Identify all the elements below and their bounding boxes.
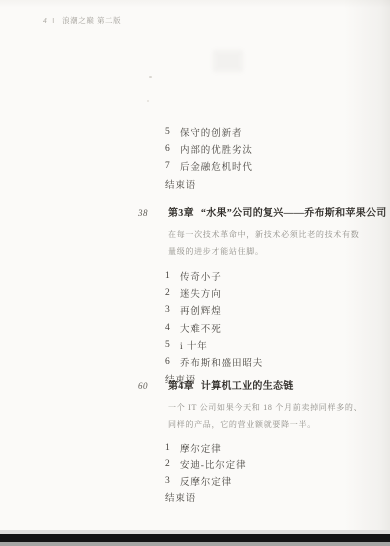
- toc-item-label: 反摩尔定律: [180, 474, 232, 488]
- chapter-heading: 第3章“水果”公司的复兴——乔布斯和苹果公司: [168, 207, 387, 221]
- scan-top-shading: [0, 0, 390, 8]
- toc-item: 3 再创辉煌: [165, 302, 366, 319]
- toc-item-label: 大难不死: [180, 321, 222, 335]
- header-book-title: 浪潮之巅 第二版: [62, 16, 121, 25]
- chapter-title: “水果”公司的复兴——乔布斯和苹果公司: [201, 208, 387, 219]
- toc-section-chapter-3: 38 第3章“水果”公司的复兴——乔布斯和苹果公司 在每一次技术革命中，新技术必…: [138, 207, 366, 388]
- chapter-heading-row: 60 第4章计算机工业的生态链: [138, 380, 366, 394]
- scan-bottom-gray-strip: [0, 542, 390, 546]
- toc-item-number: 3: [165, 305, 180, 315]
- toc-item: 2 迷失方向: [165, 284, 366, 301]
- toc-closing-label: 结束语: [165, 175, 253, 192]
- toc-item: 5 保守的创新者: [165, 123, 253, 140]
- toc-section-chapter-4: 60 第4章计算机工业的生态链 一个 IT 公司如果今天和 18 个月前卖掉同样…: [138, 380, 366, 505]
- toc-item-label: 乔布斯和盛田昭夫: [180, 355, 263, 369]
- toc-item-number: 6: [165, 144, 180, 154]
- toc-item-label: 安迪-比尔定律: [180, 457, 246, 471]
- toc-closing-label: 结束语: [165, 489, 366, 505]
- toc-item-label: 内部的优胜劣汰: [180, 142, 253, 156]
- chapter-heading-row: 38 第3章“水果”公司的复兴——乔布斯和苹果公司: [138, 207, 366, 221]
- toc-item: 6 乔布斯和盛田昭夫: [165, 353, 366, 370]
- toc-item-label: 再创辉煌: [180, 303, 222, 317]
- toc-item-number: 3: [165, 476, 180, 486]
- chapter-start-page: 38: [138, 207, 168, 218]
- toc-item: 4 大难不死: [165, 319, 366, 336]
- toc-item: 2 安迪-比尔定律: [165, 456, 366, 472]
- toc-item: 1 传奇小子: [165, 267, 366, 284]
- chapter-number-label: 第3章: [168, 208, 194, 219]
- chapter-item-list: 1 传奇小子 2 迷失方向 3 再创辉煌 4 大难不死 5 i 十年 6 乔布斯…: [165, 267, 366, 388]
- toc-item: 7 后金融危机时代: [165, 158, 253, 175]
- header-separator: ‖: [52, 16, 55, 25]
- chapter-number-label: 第4章: [168, 381, 194, 392]
- scan-speck-artifact: [149, 76, 152, 78]
- toc-item-label: 后金融危机时代: [180, 159, 253, 173]
- header-page-number: 4: [43, 16, 47, 25]
- toc-item: 3 反摩尔定律: [165, 473, 366, 489]
- scan-bottom-black-bar: [0, 534, 390, 542]
- toc-section-previous-chapter: 5 保守的创新者 6 内部的优胜劣汰 7 后金融危机时代 结束语: [165, 123, 253, 192]
- toc-item-number: 7: [165, 161, 180, 171]
- toc-item-number: 1: [165, 443, 180, 453]
- chapter-title: 计算机工业的生态链: [201, 381, 294, 392]
- toc-item-number: 5: [165, 127, 180, 137]
- book-toc-page: 4‖浪潮之巅 第二版 5 保守的创新者 6 内部的优胜劣汰 7 后金融危机时代 …: [0, 0, 390, 546]
- toc-item-label: 传奇小子: [180, 269, 222, 283]
- toc-item-number: 2: [165, 288, 180, 298]
- scan-ghost-artifact: [213, 50, 243, 72]
- chapter-item-list: 1 摩尔定律 2 安迪-比尔定律 3 反摩尔定律 结束语: [165, 440, 366, 505]
- toc-item-label: 迷失方向: [180, 286, 222, 300]
- running-header: 4‖浪潮之巅 第二版: [43, 15, 121, 26]
- toc-item-number: 4: [165, 323, 180, 333]
- chapter-epigraph: 在每一次技术革命中，新技术必须比老的技术有数量级的进步才能站住脚。: [168, 227, 368, 260]
- toc-item-number: 5: [165, 340, 180, 350]
- chapter-heading: 第4章计算机工业的生态链: [168, 380, 294, 394]
- toc-item-label: i 十年: [180, 338, 208, 352]
- scan-speck-artifact: [147, 100, 149, 102]
- toc-item: 6 内部的优胜劣汰: [165, 140, 253, 157]
- chapter-epigraph: 一个 IT 公司如果今天和 18 个月前卖掉同样多的、同样的产品，它的营业额就要…: [168, 400, 368, 433]
- toc-item-label: 摩尔定律: [180, 441, 222, 455]
- toc-item-number: 6: [165, 357, 180, 367]
- toc-item-number: 2: [165, 459, 180, 469]
- toc-item: 1 摩尔定律: [165, 440, 366, 456]
- toc-item: 5 i 十年: [165, 336, 366, 353]
- toc-item-number: 1: [165, 271, 180, 281]
- chapter-start-page: 60: [138, 380, 168, 391]
- toc-item-label: 保守的创新者: [180, 125, 242, 139]
